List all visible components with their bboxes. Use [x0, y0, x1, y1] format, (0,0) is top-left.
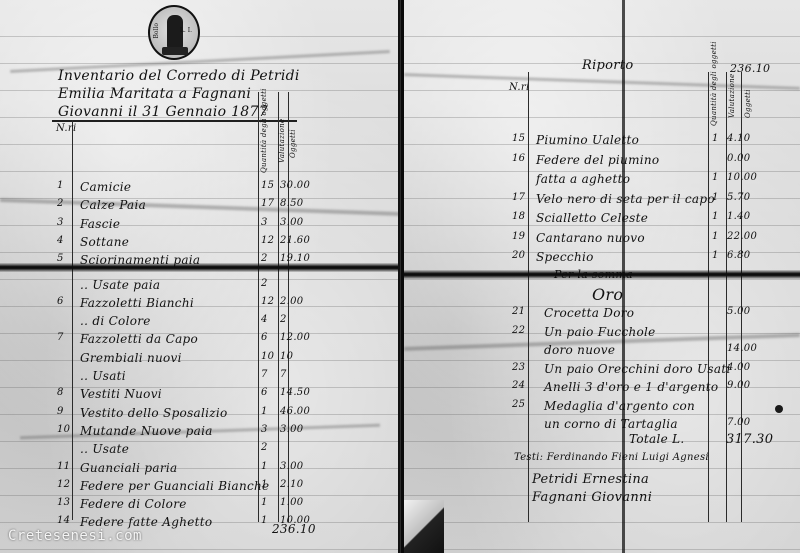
title-line-2: Emilia Maritata a Fagnani — [58, 86, 251, 102]
item-description: .. Usati — [80, 369, 126, 383]
item-description: Sottane — [80, 235, 129, 249]
item-value: 22.00 — [727, 231, 757, 242]
item-description: Federe per Guanciali Bianche — [80, 479, 269, 493]
total-label: Totale L. — [629, 432, 685, 446]
item-description: .. Usate — [80, 442, 129, 456]
item-number: 2 — [57, 198, 64, 209]
item-number: 10 — [57, 424, 70, 435]
item-description: Scialletto Celeste — [536, 211, 648, 225]
right-page: Riporto 236.10 N.ri Quantità degli ogget… — [404, 0, 800, 553]
item-description: Medaglia d'argento con — [544, 399, 695, 413]
item-value: 6.80 — [727, 250, 750, 261]
item-quantity: 1 — [712, 250, 719, 261]
item-quantity: 1 — [712, 211, 719, 222]
item-description: Cantarano nuovo — [536, 231, 645, 245]
item-value: 3.00 — [280, 424, 303, 435]
item-number: 15 — [512, 133, 525, 144]
item-number: 19 — [512, 231, 525, 242]
item-number: 25 — [512, 399, 525, 410]
item-value: 2 — [280, 314, 287, 325]
carried-forward-value: 236.10 — [730, 62, 770, 75]
carried-forward-label: Riporto — [582, 58, 633, 73]
item-quantity: 1 — [712, 133, 719, 144]
item-description: Vestito dello Sposalizio — [80, 406, 228, 420]
item-number: 12 — [57, 479, 70, 490]
item-quantity: 1 — [712, 192, 719, 203]
item-description: Fazzoletti da Capo — [80, 332, 198, 346]
item-number: 6 — [57, 296, 64, 307]
binding-gutter — [401, 0, 404, 553]
item-quantity: 6 — [261, 387, 268, 398]
item-value: 3.00 — [280, 461, 303, 472]
seal-base — [162, 47, 188, 55]
item-quantity: 2 — [261, 278, 268, 289]
total-value: 317.30 — [726, 432, 773, 447]
ink-blot — [775, 405, 783, 413]
item-description: Piumino Ualetto — [536, 133, 639, 147]
item-number: 7 — [57, 332, 64, 343]
item-value: 21.60 — [280, 235, 310, 246]
item-value: 46.00 — [280, 406, 310, 417]
fold-crease-horizontal — [0, 263, 398, 272]
item-value: 12.00 — [280, 332, 310, 343]
item-description: Un paio Orecchini doro Usati — [544, 362, 731, 376]
header-cents: Oggetti — [744, 90, 752, 118]
item-quantity: 1 — [261, 461, 268, 472]
item-value: 14.50 — [280, 387, 310, 398]
item-number: 11 — [57, 461, 70, 472]
title-line-1: Inventario del Corredo di Petridi — [58, 68, 300, 84]
subtotal: 236.10 — [272, 522, 316, 536]
column-divider — [72, 120, 73, 520]
section-title-gold: Oro — [592, 285, 623, 304]
witness-line: Testi: Ferdinando Fieni Luigi Agnesi — [514, 452, 709, 463]
revenue-stamp-seal: Bollo L. I. — [148, 5, 200, 60]
item-quantity: 7 — [261, 369, 268, 380]
item-description: Velo nero di seta per il capo — [536, 192, 715, 206]
seal-left-text: Bollo — [153, 23, 160, 38]
page-corner-curl — [404, 500, 444, 553]
item-number: 23 — [512, 362, 525, 373]
item-value: 1.00 — [280, 497, 303, 508]
item-value: 4.10 — [727, 133, 750, 144]
item-number: 20 — [512, 250, 525, 261]
item-description: Fascie — [80, 217, 120, 231]
item-description: Camicie — [80, 180, 131, 194]
header-quantity: Quantità degli oggetti — [260, 123, 268, 173]
item-quantity: 1 — [261, 515, 268, 526]
item-value: 1.40 — [727, 211, 750, 222]
item-quantity: 1 — [712, 231, 719, 242]
item-value: 7 — [280, 369, 287, 380]
item-description: Anelli 3 d'oro e 1 d'argento — [544, 380, 718, 394]
item-number: 1 — [57, 180, 64, 191]
item-quantity: 4 — [261, 314, 268, 325]
item-description: Guanciali paria — [80, 461, 177, 475]
item-description: Crocetta Doro — [544, 306, 634, 320]
item-description: Mutande Nuove paia — [80, 424, 213, 438]
item-value: 2.10 — [280, 479, 303, 490]
fold-crease-horizontal — [404, 270, 800, 279]
item-description: doro nuove — [544, 343, 615, 357]
item-quantity: 1 — [261, 406, 268, 417]
item-description: Fazzoletti Bianchi — [80, 296, 194, 310]
item-number: 21 — [512, 306, 525, 317]
item-value: 5.00 — [727, 306, 750, 317]
item-number: 24 — [512, 380, 525, 391]
item-quantity: 3 — [261, 217, 268, 228]
signature-2: Fagnani Giovanni — [532, 490, 652, 505]
title-line-3: Giovanni il 31 Gennaio 1877 — [58, 104, 268, 120]
item-value: 10.00 — [727, 172, 757, 183]
item-quantity: 2 — [261, 442, 268, 453]
document-scan: Bollo L. I. Inventario del Corredo di Pe… — [0, 0, 800, 553]
item-value: 2.00 — [280, 296, 303, 307]
item-number: 17 — [512, 192, 525, 203]
header-number: N.ri — [56, 123, 76, 134]
left-page: Bollo L. I. Inventario del Corredo di Pe… — [0, 0, 400, 553]
item-description: un corno di Tartaglia — [544, 417, 678, 431]
item-description: .. di Colore — [80, 314, 151, 328]
item-quantity: 12 — [261, 235, 274, 246]
item-number: 14 — [57, 515, 70, 526]
item-quantity: 15 — [261, 180, 274, 191]
item-description: Specchio — [536, 250, 594, 264]
item-description: Calze Paia — [80, 198, 146, 212]
item-value: 9.00 — [727, 380, 750, 391]
item-number: 16 — [512, 153, 525, 164]
item-number: 3 — [57, 217, 64, 228]
watermark: Cretesenesi.com — [8, 528, 142, 544]
item-number: 22 — [512, 325, 525, 336]
item-quantity: 6 — [261, 332, 268, 343]
item-value: 3.00 — [280, 217, 303, 228]
item-number: 4 — [57, 235, 64, 246]
header-cents: Oggetti — [289, 123, 297, 158]
signature-1: Petridi Ernestina — [532, 472, 649, 487]
item-description: .. Usate paia — [80, 278, 160, 292]
item-quantity: 3 — [261, 424, 268, 435]
item-value: 0.00 — [727, 153, 750, 164]
item-description: Federe di Colore — [80, 497, 187, 511]
seal-right-text: L. I. — [180, 27, 192, 34]
item-value: 8.50 — [280, 198, 303, 209]
header-number: N.ri — [509, 82, 529, 93]
item-value: 5.70 — [727, 192, 750, 203]
header-value: Valutazione — [728, 76, 736, 118]
header-value: Valutazione — [278, 123, 286, 163]
item-description: Grembiali nuovi — [80, 351, 182, 365]
item-quantity: 17 — [261, 198, 274, 209]
item-quantity: 1 — [261, 479, 268, 490]
item-quantity: 12 — [261, 296, 274, 307]
item-quantity: 1 — [261, 497, 268, 508]
item-number: 9 — [57, 406, 64, 417]
item-number: 13 — [57, 497, 70, 508]
item-number: 8 — [57, 387, 64, 398]
item-description: Federe del piumino — [536, 153, 659, 167]
item-value: 10 — [280, 351, 293, 362]
item-description: Un paio Fucchole — [544, 325, 656, 339]
item-value: 7.00 — [727, 417, 750, 428]
item-quantity: 10 — [261, 351, 274, 362]
item-value: 14.00 — [727, 343, 757, 354]
header-quantity: Quantità degli oggetti — [710, 76, 718, 126]
item-description: Vestiti Nuovi — [80, 387, 162, 401]
item-quantity: 1 — [712, 172, 719, 183]
column-divider — [258, 92, 259, 522]
item-number: 18 — [512, 211, 525, 222]
item-value: 30.00 — [280, 180, 310, 191]
item-description: fatta a aghetto — [536, 172, 630, 186]
item-value: 4.00 — [727, 362, 750, 373]
